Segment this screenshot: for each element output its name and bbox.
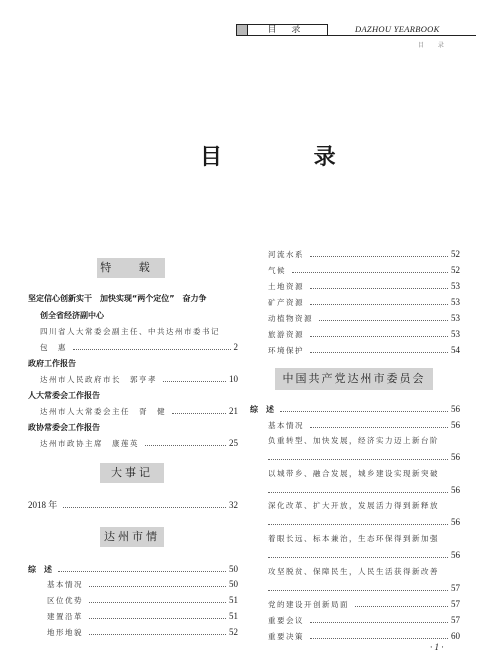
toc-long-entry[interactable]: 负重转型、加快发展，经济实力迈上新台阶 [268,435,439,446]
toc-entry[interactable]: 综 述 50 [28,563,238,577]
toc-long-entry[interactable]: 以城带乡、融合发展，城乡建设实现新突破 [268,468,439,479]
toc-headline-line2[interactable]: 创全省经济副中心 [40,310,104,321]
toc-entry-cont[interactable]: 56 [268,484,460,498]
toc-entry[interactable]: 党的建设开创新局面57 [268,598,460,612]
page-title: 目 录 [200,140,378,171]
header-sub-label: 目 录 [418,40,450,49]
toc-entry[interactable]: 矿产资源53 [268,296,460,310]
toc-long-entry[interactable]: 深化改革、扩大开放，发展活力得到新释放 [268,500,439,511]
toc-entry[interactable]: 达州市政协主席 康莲英 25 [40,437,238,451]
toc-entry[interactable]: 2018 年 32 [28,499,238,513]
section-tag-special: 特 载 [97,258,165,278]
section-tag-chronicle: 大事记 [100,463,164,483]
section-tag-party: 中国共产党达州市委员会 [275,368,433,390]
toc-entry[interactable]: 旅游资源53 [268,328,460,342]
toc-author-line: 四川省人大常委会副主任、中共达州市委书记 [40,326,220,337]
toc-entry[interactable]: 基本情况56 [268,419,460,433]
toc-entry-cont[interactable]: 56 [268,516,460,530]
toc-entry[interactable]: 综 述56 [250,403,460,417]
toc-headline-line1[interactable]: 坚定信心创新实干 加快实现“两个定位” 奋力争 [28,293,207,304]
toc-report-title[interactable]: 政府工作报告 [28,358,76,369]
toc-long-entry[interactable]: 着眼长远、标本兼治，生态环保得到新加强 [268,533,439,544]
toc-entry-cont[interactable]: 56 [268,549,460,563]
toc-long-entry[interactable]: 攻坚脱贫、保障民生，人民生活获得新改善 [268,566,439,577]
toc-entry[interactable]: 区位优势51 [47,594,238,608]
toc-entry[interactable]: 达州市人大常委会主任 胥 健 21 [40,405,238,419]
header-english-title: DAZHOU YEARBOOK [355,24,440,34]
section-tag-city: 达州市情 [100,527,164,547]
toc-report-title[interactable]: 政协常委会工作报告 [28,422,100,433]
header-rule [236,35,476,36]
toc-entry[interactable]: 动植物资源53 [268,312,460,326]
toc-report-title[interactable]: 人大常委会工作报告 [28,390,100,401]
toc-entry[interactable]: 建置沿革51 [47,610,238,624]
toc-entry[interactable]: 地形地貌52 [47,626,238,640]
toc-entry[interactable]: 气候52 [268,264,460,278]
toc-entry[interactable]: 基本情况50 [47,578,238,592]
toc-entry[interactable]: 达州市人民政府市长 郭亨孝 10 [40,373,238,387]
page-number: · 1 · [430,642,444,652]
toc-entry[interactable]: 重要会议57 [268,614,460,628]
toc-entry-cont[interactable]: 57 [268,582,460,596]
toc-entry[interactable]: 环境保护54 [268,344,460,358]
toc-entry[interactable]: 包 惠 2 [40,341,238,355]
toc-entry-cont[interactable]: 56 [268,451,460,465]
toc-entry[interactable]: 土地资源53 [268,280,460,294]
toc-entry[interactable]: 河流水系52 [268,248,460,262]
